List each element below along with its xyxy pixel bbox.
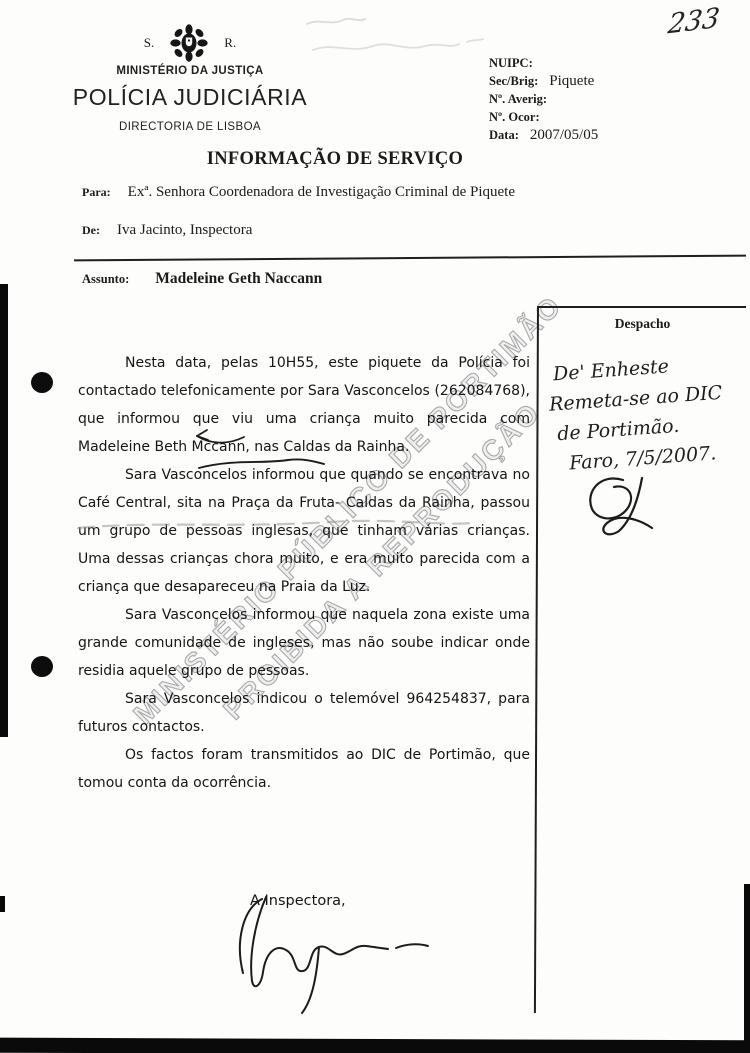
inspector-signature [240, 897, 428, 1013]
averig-label: Nº. Averig: [489, 92, 547, 106]
data-label: Data: [489, 128, 519, 142]
hole-punch-bottom [31, 656, 53, 677]
sr-right-label: R. [224, 35, 236, 51]
scanned-police-report-page: MINISTÉRIO PÚBLICO DE PORTIMÃO PROIBIDA … [0, 0, 750, 1053]
body-paragraph: Os factos foram transmitidos ao DIC de P… [78, 741, 530, 797]
para-row: Para: Exª. Senhora Coordenadora de Inves… [82, 183, 515, 201]
body-paragraph: Sara Vasconcelos indicou o telemóvel 964… [78, 685, 530, 741]
de-value: Iva Jacinto, Inspectora [117, 222, 252, 238]
nuipc-label: NUIPC: [489, 56, 533, 70]
faint-pencil-scribble [285, 8, 505, 68]
document-title: INFORMAÇÃO DE SERVIÇO [85, 149, 585, 170]
de-row: De: Iva Jacinto, Inspectora [82, 221, 252, 239]
despacho-heading: Despacho [560, 316, 725, 332]
despacho-handwriting: De' Enheste Remeta-se ao DIC de Portimão… [552, 345, 750, 479]
para-value: Exª. Senhora Coordenadora de Investigaçã… [128, 184, 515, 200]
body-paragraph: Sara Vasconcelos informou que quando se … [78, 461, 530, 601]
handwritten-page-number: 233 [666, 3, 721, 41]
horizontal-rule [74, 255, 746, 262]
assunto-value: Madeleine Geth Naccann [155, 270, 322, 287]
assunto-row: Assunto: Madeleine Geth Naccann [82, 270, 322, 288]
scan-border-left [0, 284, 8, 737]
data-value: 2007/05/05 [530, 127, 598, 143]
scan-border-right [744, 884, 750, 1053]
ocor-label: Nº. Ocor: [489, 110, 540, 124]
para-label: Para: [82, 185, 111, 199]
meta-row-ocor: Nº. Ocor: [489, 108, 598, 126]
scan-mark-left [0, 896, 5, 912]
closing-line: A Inspectora, [250, 893, 346, 909]
report-body: Nesta data, pelas 10H55, este piquete da… [78, 349, 530, 797]
meta-row-nuipc: NUIPC: [489, 54, 598, 72]
meta-row-secbrig: Sec/Brig: Piquete [489, 72, 598, 90]
republic-crest-icon [166, 24, 212, 62]
ministry-name: MINISTÉRIO DA JUSTIÇA [58, 65, 322, 77]
case-meta-block: NUIPC: Sec/Brig: Piquete Nº. Averig: Nº.… [489, 54, 598, 144]
secbrig-value: Piquete [549, 73, 594, 89]
sr-crest-row: S. R. [58, 24, 322, 62]
secbrig-label: Sec/Brig: [489, 74, 538, 88]
meta-row-data: Data: 2007/05/05 [489, 126, 598, 144]
despacho-initials-signature [590, 478, 652, 534]
assunto-label: Assunto: [82, 272, 129, 286]
de-label: De: [82, 223, 100, 237]
hole-punch-top [31, 372, 53, 393]
letterhead: S. R. MINISTÉRIO DA JUSTIÇA [58, 24, 322, 133]
meta-row-averig: Nº. Averig: [489, 90, 598, 108]
body-paragraph: Nesta data, pelas 10H55, este piquete da… [78, 349, 530, 461]
body-paragraph: Sara Vasconcelos informou que naquela zo… [78, 601, 530, 685]
directorate-name: DIRECTORIA DE LISBOA [58, 121, 322, 133]
sr-left-label: S. [144, 35, 154, 51]
despacho-top-rule [538, 306, 746, 308]
organization-name: POLÍCIA JUDICIÁRIA [58, 84, 322, 111]
scan-border-bottom [0, 1038, 750, 1053]
